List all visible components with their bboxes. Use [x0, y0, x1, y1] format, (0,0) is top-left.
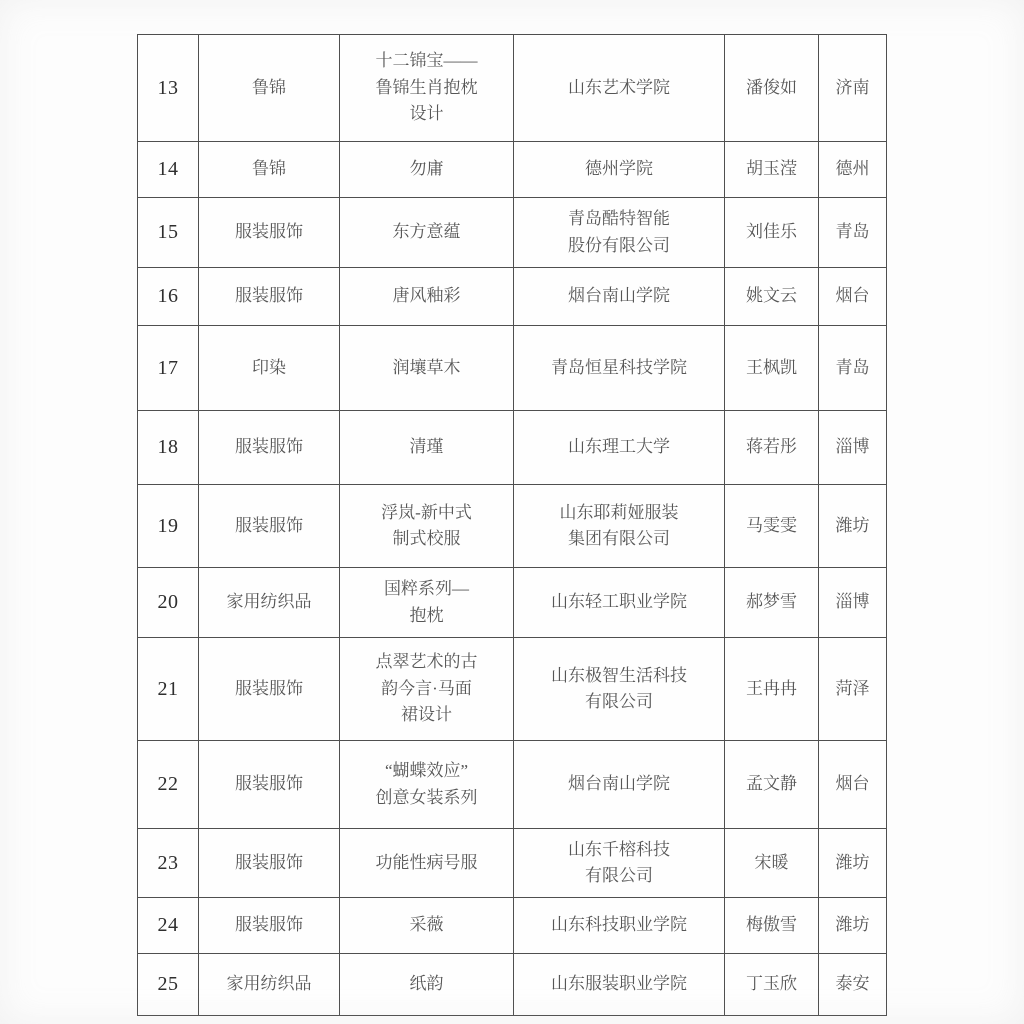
cell-title: 功能性病号服: [340, 829, 514, 898]
cell-category: 服装服饰: [199, 898, 340, 954]
cell-institution: 山东千榕科技 有限公司: [514, 829, 725, 898]
cell-institution: 烟台南山学院: [514, 741, 725, 829]
cell-institution: 山东艺术学院: [514, 35, 725, 142]
cell-title: 国粹系列— 抱枕: [340, 568, 514, 638]
cell-author: 潘俊如: [725, 35, 819, 142]
cell-title: 唐风釉彩: [340, 268, 514, 326]
table-row: 15服装服饰东方意蕴青岛酷特智能 股份有限公司刘佳乐青岛: [138, 198, 887, 268]
cell-number: 21: [138, 638, 199, 741]
table-row: 14鲁锦勿庸德州学院胡玉滢德州: [138, 142, 887, 198]
cell-institution: 山东科技职业学院: [514, 898, 725, 954]
cell-author: 丁玉欣: [725, 954, 819, 1016]
table-row: 19服装服饰浮岚-新中式 制式校服山东耶莉娅服装 集团有限公司马雯雯潍坊: [138, 485, 887, 568]
table-row: 22服装服饰“蝴蝶效应” 创意女装系列烟台南山学院孟文静烟台: [138, 741, 887, 829]
cell-number: 24: [138, 898, 199, 954]
cell-title: 十二锦宝—— 鲁锦生肖抱枕 设计: [340, 35, 514, 142]
table-row: 20家用纺织品国粹系列— 抱枕山东轻工职业学院郝梦雪淄博: [138, 568, 887, 638]
cell-title: 东方意蕴: [340, 198, 514, 268]
cell-number: 25: [138, 954, 199, 1016]
cell-city: 泰安: [819, 954, 887, 1016]
cell-city: 德州: [819, 142, 887, 198]
cell-city: 青岛: [819, 326, 887, 411]
cell-author: 马雯雯: [725, 485, 819, 568]
cell-category: 印染: [199, 326, 340, 411]
cell-number: 14: [138, 142, 199, 198]
cell-title: 点翠艺术的古 韵今言·马面 裙设计: [340, 638, 514, 741]
table-row: 18服装服饰清瑾山东理工大学蒋若彤淄博: [138, 411, 887, 485]
award-list-table: 13鲁锦十二锦宝—— 鲁锦生肖抱枕 设计山东艺术学院潘俊如济南14鲁锦勿庸德州学…: [137, 34, 887, 1016]
cell-author: 郝梦雪: [725, 568, 819, 638]
table-row: 21服装服饰点翠艺术的古 韵今言·马面 裙设计山东极智生活科技 有限公司王冉冉菏…: [138, 638, 887, 741]
cell-author: 刘佳乐: [725, 198, 819, 268]
cell-category: 鲁锦: [199, 142, 340, 198]
cell-institution: 青岛酷特智能 股份有限公司: [514, 198, 725, 268]
cell-category: 服装服饰: [199, 268, 340, 326]
cell-number: 13: [138, 35, 199, 142]
cell-city: 潍坊: [819, 898, 887, 954]
cell-category: 鲁锦: [199, 35, 340, 142]
cell-number: 23: [138, 829, 199, 898]
cell-author: 姚文云: [725, 268, 819, 326]
table-row: 13鲁锦十二锦宝—— 鲁锦生肖抱枕 设计山东艺术学院潘俊如济南: [138, 35, 887, 142]
cell-institution: 山东极智生活科技 有限公司: [514, 638, 725, 741]
cell-number: 19: [138, 485, 199, 568]
cell-category: 服装服饰: [199, 198, 340, 268]
cell-institution: 山东服装职业学院: [514, 954, 725, 1016]
cell-author: 胡玉滢: [725, 142, 819, 198]
table-row: 25家用纺织品纸韵山东服装职业学院丁玉欣泰安: [138, 954, 887, 1016]
cell-number: 16: [138, 268, 199, 326]
scanned-page: 13鲁锦十二锦宝—— 鲁锦生肖抱枕 设计山东艺术学院潘俊如济南14鲁锦勿庸德州学…: [0, 0, 1024, 1024]
cell-category: 服装服饰: [199, 829, 340, 898]
cell-title: 纸韵: [340, 954, 514, 1016]
cell-author: 蒋若彤: [725, 411, 819, 485]
cell-title: 浮岚-新中式 制式校服: [340, 485, 514, 568]
cell-institution: 烟台南山学院: [514, 268, 725, 326]
cell-institution: 青岛恒星科技学院: [514, 326, 725, 411]
cell-number: 18: [138, 411, 199, 485]
cell-city: 淄博: [819, 411, 887, 485]
cell-category: 家用纺织品: [199, 568, 340, 638]
table-row: 16服装服饰唐风釉彩烟台南山学院姚文云烟台: [138, 268, 887, 326]
cell-city: 青岛: [819, 198, 887, 268]
cell-number: 17: [138, 326, 199, 411]
cell-title: 采薇: [340, 898, 514, 954]
cell-category: 服装服饰: [199, 485, 340, 568]
cell-number: 20: [138, 568, 199, 638]
cell-city: 淄博: [819, 568, 887, 638]
table-row: 23服装服饰功能性病号服山东千榕科技 有限公司宋暖潍坊: [138, 829, 887, 898]
cell-institution: 山东轻工职业学院: [514, 568, 725, 638]
table-row: 17印染润壤草木青岛恒星科技学院王枫凯青岛: [138, 326, 887, 411]
cell-institution: 山东耶莉娅服装 集团有限公司: [514, 485, 725, 568]
cell-number: 22: [138, 741, 199, 829]
cell-number: 15: [138, 198, 199, 268]
cell-city: 菏泽: [819, 638, 887, 741]
cell-institution: 山东理工大学: [514, 411, 725, 485]
cell-city: 济南: [819, 35, 887, 142]
cell-category: 服装服饰: [199, 638, 340, 741]
table-body: 13鲁锦十二锦宝—— 鲁锦生肖抱枕 设计山东艺术学院潘俊如济南14鲁锦勿庸德州学…: [138, 35, 887, 1016]
cell-category: 服装服饰: [199, 411, 340, 485]
cell-city: 烟台: [819, 268, 887, 326]
table-row: 24服装服饰采薇山东科技职业学院梅傲雪潍坊: [138, 898, 887, 954]
cell-title: “蝴蝶效应” 创意女装系列: [340, 741, 514, 829]
cell-category: 服装服饰: [199, 741, 340, 829]
cell-author: 梅傲雪: [725, 898, 819, 954]
cell-city: 潍坊: [819, 829, 887, 898]
cell-institution: 德州学院: [514, 142, 725, 198]
cell-title: 润壤草木: [340, 326, 514, 411]
cell-city: 潍坊: [819, 485, 887, 568]
cell-author: 宋暖: [725, 829, 819, 898]
cell-title: 勿庸: [340, 142, 514, 198]
cell-author: 孟文静: [725, 741, 819, 829]
cell-author: 王枫凯: [725, 326, 819, 411]
cell-title: 清瑾: [340, 411, 514, 485]
cell-author: 王冉冉: [725, 638, 819, 741]
cell-city: 烟台: [819, 741, 887, 829]
cell-category: 家用纺织品: [199, 954, 340, 1016]
